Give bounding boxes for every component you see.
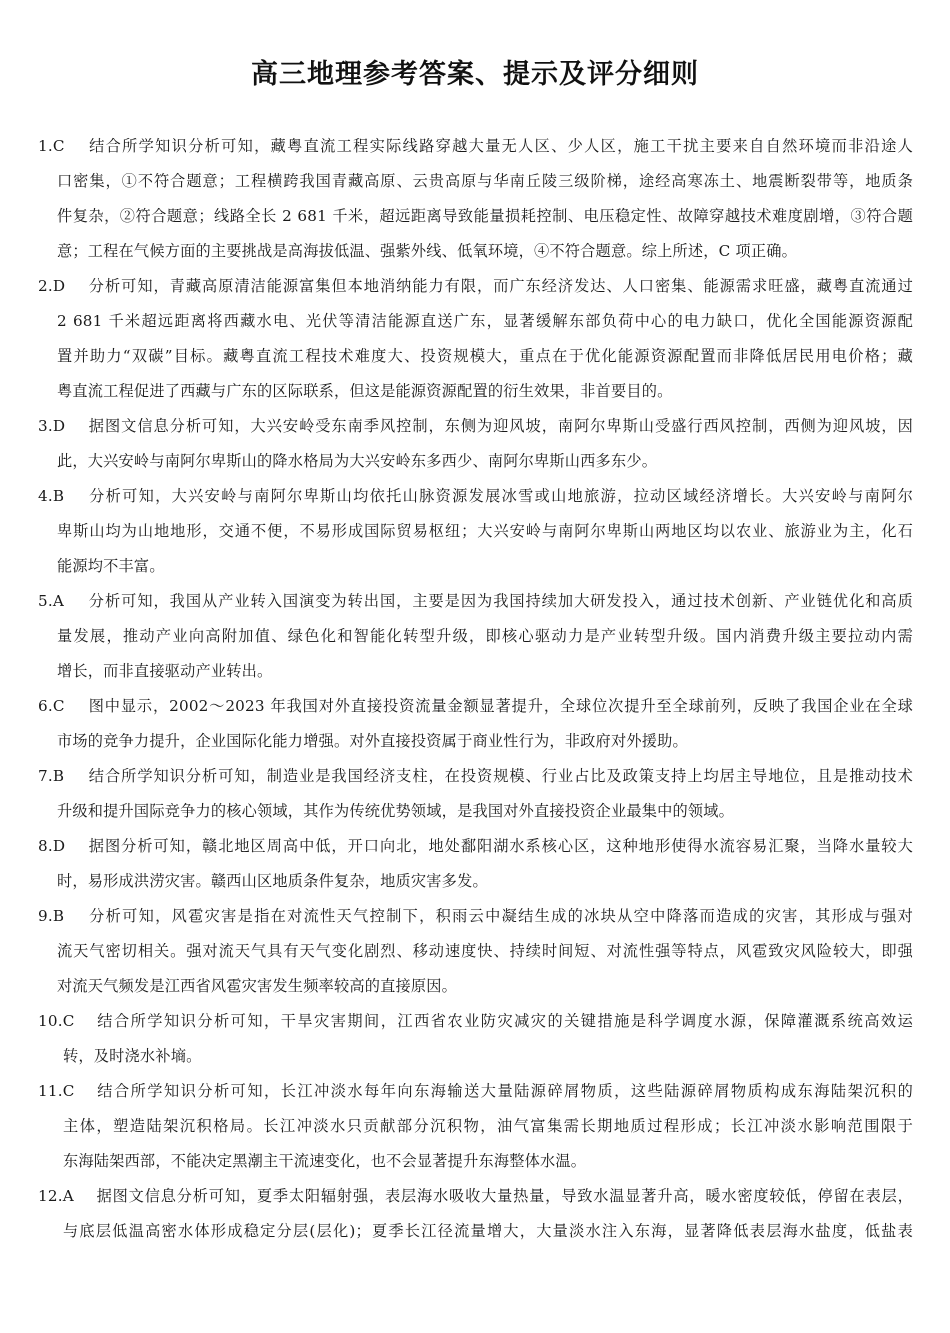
answer-number: 10.C (38, 1004, 96, 1039)
page-title: 高三地理参考答案、提示及评分细则 (0, 52, 950, 91)
answer-item-4-line-3: 能源均不丰富。 (57, 549, 913, 584)
answer-item-6-line-1: 6.C图中显示，2002～2023 年我国对外直接投资流量金额显著提升，全球位次… (38, 689, 913, 724)
answer-number: 8.D (38, 829, 88, 864)
answer-item-8-line-2: 时，易形成洪涝灾害。赣西山区地质条件复杂，地质灾害多发。 (57, 864, 913, 899)
answer-number: 5.A (38, 584, 88, 619)
answer-item-1-line-4: 意；工程在气候方面的主要挑战是高海拔低温、强紫外线、低氧环境，④不符合题意。综上… (57, 234, 913, 269)
answer-item-11-line-2: 主体，塑造陆架沉积格局。长江冲淡水只贡献部分沉积物，油气富集需长期地质过程形成；… (63, 1109, 913, 1144)
answer-item-10-line-2: 转，及时浇水补墒。 (63, 1039, 913, 1074)
answer-item-12-line-2: 与底层低温高密水体形成稳定分层(层化)；夏季长江径流量增大，大量淡水注入东海，显… (63, 1214, 913, 1249)
answer-item-9-line-3: 对流天气频发是江西省风雹灾害发生频率较高的直接原因。 (57, 969, 913, 1004)
answer-item-2-line-1: 2.D分析可知，青藏高原清洁能源富集但本地消纳能力有限，而广东经济发达、人口密集… (38, 269, 913, 304)
answer-item-11-line-1: 11.C结合所学知识分析可知，长江冲淡水每年向东海输送大量陆源碎屑物质，这些陆源… (38, 1074, 913, 1109)
answer-item-5-line-1: 5.A分析可知，我国从产业转入国演变为转出国，主要是因为我国持续加大研发投入，通… (38, 584, 913, 619)
answer-number: 7.B (38, 759, 88, 794)
answer-item-5-line-2: 量发展，推动产业向高附加值、绿色化和智能化转型升级，即核心驱动力是产业转型升级。… (57, 619, 913, 654)
answer-item-2-line-2: 2 681 千米超远距离将西藏水电、光伏等清洁能源直送广东，显著缓解东部负荷中心… (57, 304, 913, 339)
answer-item-7-line-1: 7.B结合所学知识分析可知，制造业是我国经济支柱，在投资规模、行业占比及政策支持… (38, 759, 913, 794)
answer-item-4-line-1: 4.B分析可知，大兴安岭与南阿尔卑斯山均依托山脉资源发展冰雪或山地旅游，拉动区域… (38, 479, 913, 514)
answer-number: 4.B (38, 479, 88, 514)
answer-number: 11.C (38, 1074, 96, 1109)
answer-item-12-line-1: 12.A据图文信息分析可知，夏季太阳辐射强，表层海水吸收大量热量，导致水温显著升… (38, 1179, 913, 1214)
answer-item-9-line-1: 9.B分析可知，风雹灾害是指在对流性天气控制下，积雨云中凝结生成的冰块从空中降落… (38, 899, 913, 934)
answer-item-1-line-2: 口密集，①不符合题意；工程横跨我国青藏高原、云贵高原与华南丘陵三级阶梯，途经高寒… (57, 164, 913, 199)
answer-item-7-line-2: 升级和提升国际竞争力的核心领域，其作为传统优势领域，是我国对外直接投资企业最集中… (57, 794, 913, 829)
answer-item-1-line-3: 件复杂，②符合题意；线路全长 2 681 千米，超远距离导致能量损耗控制、电压稳… (57, 199, 913, 234)
answer-item-3-line-2: 此，大兴安岭与南阿尔卑斯山的降水格局为大兴安岭东多西少、南阿尔卑斯山西多东少。 (57, 444, 913, 479)
answer-item-6-line-2: 市场的竞争力提升，企业国际化能力增强。对外直接投资属于商业性行为，非政府对外援助… (57, 724, 913, 759)
answer-number: 6.C (38, 689, 88, 724)
answer-item-2-line-4: 粤直流工程促进了西藏与广东的区际联系，但这是能源资源配置的衍生效果，非首要目的。 (57, 374, 913, 409)
answer-item-1-line-1: 1.C结合所学知识分析可知，藏粤直流工程实际线路穿越大量无人区、少人区，施工干扰… (38, 129, 913, 164)
answer-item-10-line-1: 10.C结合所学知识分析可知，干旱灾害期间，江西省农业防灾减灾的关键措施是科学调… (38, 1004, 913, 1039)
answer-number: 12.A (38, 1179, 96, 1214)
answer-item-2-line-3: 置并助力“双碳”目标。藏粤直流工程技术难度大、投资规模大，重点在于优化能源资源配… (57, 339, 913, 374)
answer-item-9-line-2: 流天气密切相关。强对流天气具有天气变化剧烈、移动速度快、持续时间短、对流性强等特… (57, 934, 913, 969)
answer-item-5-line-3: 增长，而非直接驱动产业转出。 (57, 654, 913, 689)
answer-number: 9.B (38, 899, 88, 934)
answer-number: 2.D (38, 269, 88, 304)
answer-item-11-line-3: 东海陆架西部，不能决定黑潮主干流速变化，也不会显著提升东海整体水温。 (63, 1144, 913, 1179)
answer-item-8-line-1: 8.D据图分析可知，赣北地区周高中低，开口向北，地处鄱阳湖水系核心区，这种地形使… (38, 829, 913, 864)
answer-item-3-line-1: 3.D据图文信息分析可知，大兴安岭受东南季风控制，东侧为迎风坡，南阿尔卑斯山受盛… (38, 409, 913, 444)
answer-item-4-line-2: 卑斯山均为山地地形，交通不便，不易形成国际贸易枢纽；大兴安岭与南阿尔卑斯山两地区… (57, 514, 913, 549)
answer-number: 1.C (38, 129, 88, 164)
answer-number: 3.D (38, 409, 88, 444)
